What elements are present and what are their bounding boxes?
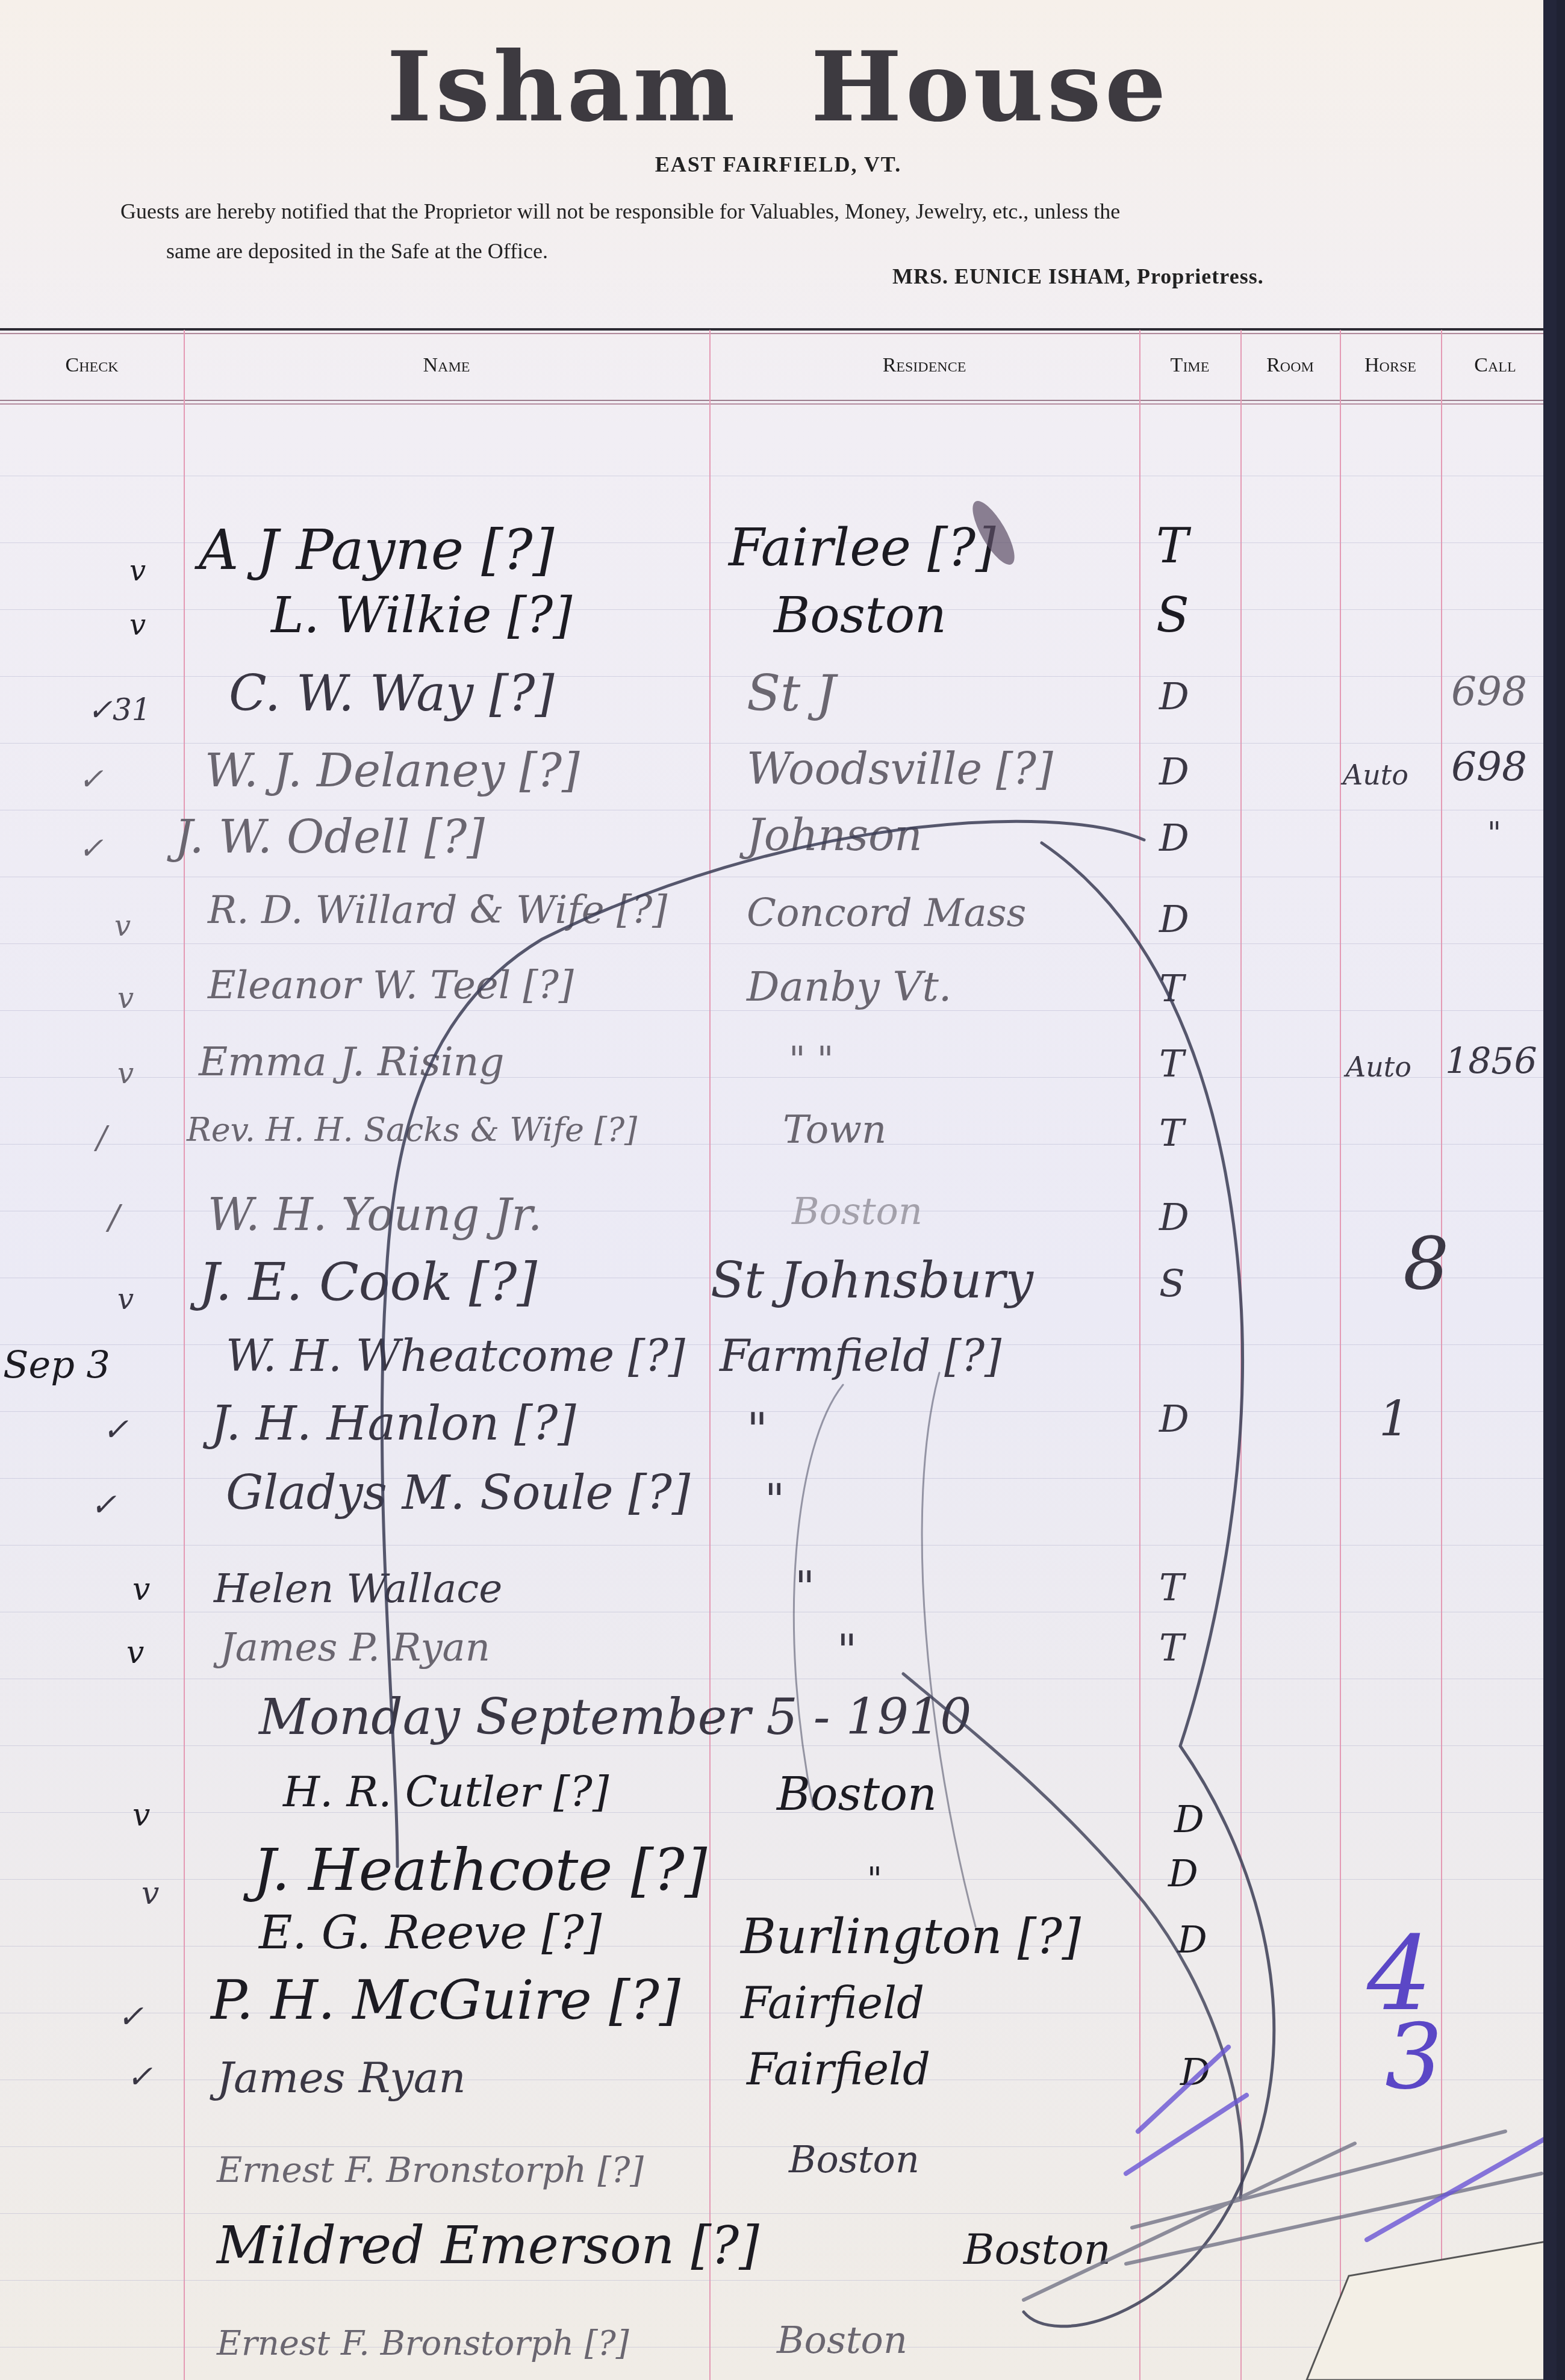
- column-rule-check: [184, 330, 185, 2380]
- entry-horse: Auto: [1343, 759, 1408, 791]
- entry-name: P. H. McGuire [?]: [211, 1969, 680, 2032]
- entry-check: /: [96, 1120, 107, 1156]
- entry-residence: St J: [747, 665, 836, 722]
- column-header-call: Call: [1441, 354, 1549, 377]
- entry-call: 1856: [1445, 1040, 1537, 1083]
- header-rule-top-2: [0, 333, 1557, 334]
- entry-check: ✓: [90, 1487, 117, 1523]
- entry-horse: Auto: [1346, 1051, 1411, 1083]
- entry-time: D: [1174, 1797, 1204, 1841]
- ruled-line: [0, 2280, 1557, 2281]
- entry-name: J. W. Odell [?]: [175, 810, 485, 863]
- notice-line-1: Guests are hereby notified that the Prop…: [120, 199, 1120, 224]
- ruled-line: [0, 476, 1557, 476]
- column-header-check: Check: [0, 354, 184, 377]
- ruled-line: [0, 1679, 1557, 1679]
- ruled-line: [0, 1612, 1557, 1612]
- entry-residence: Johnson: [747, 810, 923, 860]
- column-header-name: Name: [184, 354, 709, 377]
- entry-residence: Town: [783, 1108, 886, 1152]
- entry-call: 698: [1451, 744, 1527, 790]
- column-header-horse: Horse: [1340, 354, 1441, 377]
- entry-check: ✓: [78, 762, 104, 797]
- entry-time: D: [1180, 2050, 1210, 2094]
- header-rule-top: [0, 328, 1557, 331]
- entry-residence: Concord Mass: [747, 891, 1026, 936]
- entry-check: ✓: [78, 831, 104, 866]
- entry-check: /: [108, 1198, 120, 1237]
- entry-residence: Burlington [?]: [741, 1909, 1081, 1965]
- entry-residence: ": [867, 1860, 882, 1898]
- entry-name: Emma J. Rising: [199, 1039, 505, 1085]
- entry-time: T: [1159, 966, 1184, 1010]
- entry-residence: Boston: [777, 2318, 907, 2362]
- entry-name: W. H. Young Jr.: [208, 1189, 542, 1241]
- title-word-2: House: [811, 30, 1170, 143]
- entry-residence: Fairfield: [747, 2044, 930, 2095]
- entry-residence: " ": [789, 1039, 833, 1081]
- header-rule-bottom: [0, 400, 1557, 401]
- entry-residence: Woodsville [?]: [747, 744, 1053, 794]
- entry-name: Gladys M. Soule [?]: [226, 1466, 690, 1520]
- header-rule-bottom-2: [0, 403, 1557, 405]
- entry-residence: ": [837, 1626, 857, 1676]
- entry-residence: Farmfield [?]: [720, 1331, 1001, 1381]
- entry-name: A J Payne [?]: [199, 518, 554, 582]
- ruled-line: [0, 877, 1557, 877]
- entry-name: James Ryan: [217, 2053, 466, 2102]
- hotel-location: EAST FAIRFIELD, VT.: [0, 152, 1557, 177]
- hotel-title: IshamHouse: [0, 30, 1557, 143]
- column-rule-time: [1240, 330, 1242, 2380]
- date-line: Monday September 5 - 1910: [259, 1689, 971, 1746]
- pencil-strike-lines: [1024, 2131, 1542, 2300]
- entry-name: Mildred Emerson [?]: [217, 2216, 759, 2276]
- entry-name: C. W. Way [?]: [229, 665, 554, 722]
- entry-residence: ": [795, 1562, 815, 1613]
- entry-name: W. J. Delaney [?]: [205, 744, 580, 797]
- register-page: IshamHouse EAST FAIRFIELD, VT. Guests ar…: [0, 0, 1557, 2380]
- entry-residence: St Johnsbury: [711, 1252, 1033, 1310]
- entry-call: 698: [1451, 668, 1527, 715]
- entry-time: S: [1159, 1261, 1184, 1305]
- entry-check: v: [142, 1875, 159, 1912]
- entry-check: Sep 3: [3, 1343, 110, 1387]
- entry-name: J. E. Cook [?]: [199, 1252, 537, 1313]
- proprietor-line: MRS. EUNICE ISHAM, Proprietress.: [892, 264, 1264, 289]
- entry-name: E. G. Reeve [?]: [259, 1906, 602, 1959]
- entry-name: R. D. Willard & Wife [?]: [208, 888, 667, 933]
- entry-name: Ernest F. Bronstorph [?]: [217, 2324, 629, 2363]
- ruled-line: [0, 2146, 1557, 2147]
- entry-name: J. Heathcote [?]: [253, 1836, 707, 1904]
- entry-check: v: [117, 1282, 134, 1316]
- book-spine-edge: [1543, 0, 1557, 2380]
- torn-corner-icon: [1307, 2240, 1557, 2380]
- entry-check: v: [132, 1797, 150, 1833]
- entry-time: T: [1159, 1565, 1184, 1609]
- entry-call: ": [1487, 816, 1501, 851]
- entry-residence: Fairfield: [741, 1978, 924, 2028]
- column-rule-name: [709, 330, 711, 2380]
- entry-residence: Boston: [774, 587, 947, 644]
- entry-time: S: [1156, 587, 1189, 643]
- column-header-time: Time: [1139, 354, 1240, 377]
- column-header-room: Room: [1240, 354, 1340, 377]
- entry-call: 8: [1403, 1222, 1449, 1306]
- entry-residence: Fairlee [?]: [729, 518, 996, 578]
- entry-name: J. H. Hanlon [?]: [211, 1397, 576, 1451]
- entry-residence: Danby Vt.: [747, 963, 951, 1011]
- ruled-line: [0, 2213, 1557, 2214]
- entry-name: Helen Wallace: [214, 1565, 502, 1612]
- entry-time: D: [1159, 750, 1189, 794]
- column-header-residence: Residence: [709, 354, 1139, 377]
- entry-check: ✓: [102, 1412, 129, 1448]
- entry-time: D: [1159, 674, 1189, 718]
- entry-time: T: [1156, 518, 1188, 574]
- entry-check: v: [117, 1057, 134, 1090]
- entry-name: L. Wilkie [?]: [271, 587, 572, 644]
- entry-residence: Boston: [777, 1767, 937, 1821]
- entry-check: v: [132, 1571, 150, 1608]
- entry-check: v: [114, 909, 131, 943]
- entry-time: D: [1159, 1397, 1189, 1441]
- title-word-1: Isham: [387, 30, 738, 143]
- entry-name: James P. Ryan: [220, 1626, 490, 1670]
- entry-call: 1: [1379, 1391, 1410, 1447]
- entry-name: Eleanor W. Teel [?]: [208, 963, 574, 1008]
- entry-check: ✓: [126, 2059, 153, 2095]
- entry-residence: ": [765, 1475, 785, 1526]
- entry-name: Rev. H. H. Sacks & Wife [?]: [187, 1111, 637, 1149]
- entry-time: T: [1159, 1111, 1184, 1155]
- entry-call: 3: [1385, 2005, 1442, 2110]
- ruled-line: [0, 943, 1557, 944]
- entry-time: D: [1159, 897, 1189, 941]
- entry-residence: Boston: [789, 2137, 919, 2181]
- entry-check: v: [126, 1635, 144, 1671]
- entry-time: T: [1159, 1626, 1184, 1670]
- entry-time: D: [1159, 1195, 1189, 1239]
- entry-check: v: [129, 554, 146, 588]
- entry-check: v: [117, 981, 134, 1015]
- entry-name: W. H. Wheatcome [?]: [226, 1331, 685, 1381]
- ruled-line: [0, 1879, 1557, 1880]
- entry-residence: Boston: [963, 2225, 1111, 2274]
- entry-time: D: [1159, 816, 1189, 860]
- entry-time: D: [1168, 1851, 1198, 1895]
- entry-residence: Boston: [792, 1189, 923, 1233]
- entry-name: H. R. Cutler [?]: [283, 1767, 609, 1816]
- entry-time: T: [1159, 1042, 1184, 1086]
- entry-check: ✓: [117, 1999, 144, 2035]
- entry-residence: ": [747, 1403, 768, 1456]
- ruled-line: [0, 1545, 1557, 1546]
- notice-line-2: same are deposited in the Safe at the Of…: [166, 238, 548, 264]
- entry-check: ✓31: [87, 692, 151, 727]
- entry-name: Ernest F. Bronstorph [?]: [217, 2149, 644, 2190]
- entry-check: v: [129, 608, 146, 642]
- entry-time: D: [1177, 1918, 1207, 1962]
- column-rule-room: [1340, 330, 1341, 2380]
- column-rule-residence: [1139, 330, 1140, 2380]
